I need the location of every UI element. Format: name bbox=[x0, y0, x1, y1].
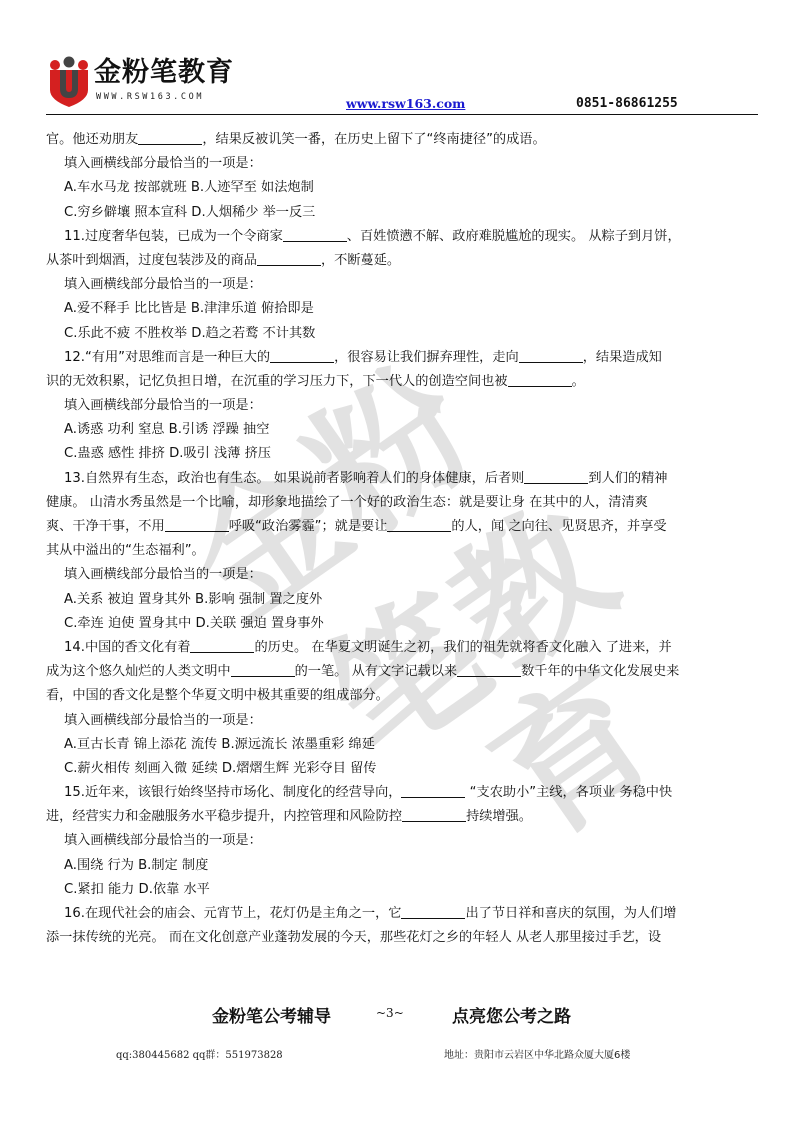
text-line: 官。他还劝朋友，结果反被讥笑一番，在历史上留下了“终南捷径”的成语。 bbox=[46, 128, 746, 152]
logo-icon bbox=[48, 56, 90, 108]
text-segment: 12.“有用”对思维而言是一种巨大的 bbox=[64, 350, 270, 365]
text-segment: 看，中国的香文化是整个华夏文明中极其重要的组成部分。 bbox=[46, 688, 389, 703]
fill-in-blank bbox=[401, 783, 465, 798]
text-line: 看，中国的香文化是整个华夏文明中极其重要的组成部分。 bbox=[46, 684, 746, 708]
text-line: 成为这个悠久灿烂的人类文明中的一笔。 从有文字记载以来数千年的中华文化发展史来 bbox=[46, 660, 746, 684]
fill-in-blank bbox=[401, 904, 465, 919]
fill-in-blank bbox=[402, 807, 466, 822]
text-segment: A.爱不释手 比比皆是 B.津津乐道 俯拾即是 bbox=[64, 301, 314, 316]
text-segment: 填入画横线部分最恰当的一项是： bbox=[64, 156, 262, 171]
page-header: 金粉笔教育 WWW.RSW163.COM www.rsw163.com 0851… bbox=[46, 50, 758, 116]
text-segment: 。 bbox=[572, 374, 585, 389]
logo-title: 金粉笔教育 bbox=[94, 58, 234, 88]
text-line: 添一抹传统的光亮。 而在文化创意产业蓬勃发展的今天，那些花灯之乡的年轻人 从老人… bbox=[46, 926, 746, 950]
text-line: 14.中国的香文化有着的历史。 在华夏文明诞生之初，我们的祖先就将香文化融入 了… bbox=[46, 636, 746, 660]
text-line: A.亘古长青 锦上添花 流传 B.源远流长 浓墨重彩 绵延 bbox=[46, 733, 746, 757]
text-line: C.穷乡僻壤 照本宣科 D.人烟稀少 举一反三 bbox=[46, 201, 746, 225]
text-segment: C.蛊惑 感性 排挤 D.吸引 浅薄 挤压 bbox=[64, 446, 271, 461]
text-segment: 16.在现代社会的庙会、元宵节上，花灯仍是主角之一，它 bbox=[64, 906, 401, 921]
fill-in-blank bbox=[524, 469, 588, 484]
text-line: 13.自然界有生态，政治也有生态。 如果说前者影响着人们的身体健康，后者则到人们… bbox=[46, 467, 746, 491]
text-segment: C.乐此不疲 不胜枚举 D.趋之若鹜 不计其数 bbox=[64, 326, 315, 341]
text-segment: 13.自然界有生态，政治也有生态。 如果说前者影响着人们的身体健康，后者则 bbox=[64, 471, 524, 486]
text-segment: 11.过度奢华包装，已成为一个令商家 bbox=[64, 229, 283, 244]
text-line: 其从中溢出的“生态福利”。 bbox=[46, 539, 746, 563]
text-segment: 健康。 山清水秀虽然是一个比喻，却形象地描绘了一个好的政治生态：就是要让身 在其… bbox=[46, 495, 648, 510]
text-segment: 14.中国的香文化有着 bbox=[64, 640, 190, 655]
text-segment: “支农助小”主线，各项业 务稳中快 bbox=[465, 785, 672, 800]
text-segment: 数千年的中华文化发展史来 bbox=[521, 664, 679, 679]
text-line: 填入画横线部分最恰当的一项是： bbox=[46, 563, 746, 587]
text-line: C.紧扣 能力 D.依靠 水平 bbox=[46, 878, 746, 902]
text-line: C.乐此不疲 不胜枚举 D.趋之若鹜 不计其数 bbox=[46, 322, 746, 346]
fill-in-blank bbox=[257, 251, 321, 266]
document-body: 官。他还劝朋友，结果反被讥笑一番，在历史上留下了“终南捷径”的成语。填入画横线部… bbox=[46, 128, 746, 950]
fill-in-blank bbox=[508, 372, 572, 387]
logo: 金粉笔教育 WWW.RSW163.COM bbox=[48, 52, 248, 112]
footer-title: 金粉笔公考辅导 ~3~ 点亮您公考之路 bbox=[0, 1000, 793, 1030]
text-line: 爽、干净干事，不用呼吸“政治雾霾”；就是要让的人，闻 之向往、见贤思齐，并享受 bbox=[46, 515, 746, 539]
phone-number: 0851-86861255 bbox=[576, 96, 678, 111]
text-segment: 的人，闻 之向往、见贤思齐，并享受 bbox=[451, 519, 666, 534]
text-segment: 到人们的精神 bbox=[588, 471, 667, 486]
text-line: 填入画横线部分最恰当的一项是： bbox=[46, 709, 746, 733]
text-segment: C.薪火相传 刻画入微 延续 D.熠熠生辉 光彩夺目 留传 bbox=[64, 761, 376, 776]
footer-qq: qq:380445682 qq群：551973828 bbox=[116, 1046, 283, 1061]
text-segment: ，不断蔓延。 bbox=[321, 253, 400, 268]
text-line: 11.过度奢华包装，已成为一个令商家、百姓愤懑不解、政府难脱尴尬的现实。 从粽子… bbox=[46, 225, 746, 249]
text-segment: 填入画横线部分最恰当的一项是： bbox=[64, 277, 262, 292]
footer-info: qq:380445682 qq群：551973828 地址：贵阳市云岩区中华北路… bbox=[0, 1046, 793, 1062]
text-line: 进，经营实力和金融服务水平稳步提升，内控管理和风险防控持续增强。 bbox=[46, 805, 746, 829]
text-segment: 从茶叶到烟酒，过度包装涉及的商品 bbox=[46, 253, 257, 268]
text-segment: 填入画横线部分最恰当的一项是： bbox=[64, 567, 262, 582]
text-segment: 其从中溢出的“生态福利”。 bbox=[46, 543, 205, 558]
text-line: A.爱不释手 比比皆是 B.津津乐道 俯拾即是 bbox=[46, 297, 746, 321]
text-line: C.蛊惑 感性 排挤 D.吸引 浅薄 挤压 bbox=[46, 442, 746, 466]
text-segment: A.诱惑 功利 窒息 B.引诱 浮躁 抽空 bbox=[64, 422, 269, 437]
text-line: 识的无效积累，记忆负担日增，在沉重的学习压力下，下一代人的创造空间也被。 bbox=[46, 370, 746, 394]
text-line: A.车水马龙 按部就班 B.人迹罕至 如法炮制 bbox=[46, 176, 746, 200]
fill-in-blank bbox=[138, 130, 202, 145]
text-line: 填入画横线部分最恰当的一项是： bbox=[46, 394, 746, 418]
text-segment: ，很容易让我们摒弃理性，走向 bbox=[334, 350, 519, 365]
page-number: ~3~ bbox=[376, 1006, 404, 1020]
text-segment: C.紧扣 能力 D.依靠 水平 bbox=[64, 882, 210, 897]
text-segment: 持续增强。 bbox=[466, 809, 532, 824]
fill-in-blank bbox=[519, 348, 583, 363]
text-line: 填入画横线部分最恰当的一项是： bbox=[46, 829, 746, 853]
text-line: 填入画横线部分最恰当的一项是： bbox=[46, 152, 746, 176]
text-segment: C.穷乡僻壤 照本宣科 D.人烟稀少 举一反三 bbox=[64, 205, 315, 220]
text-segment: 识的无效积累，记忆负担日增，在沉重的学习压力下，下一代人的创造空间也被 bbox=[46, 374, 508, 389]
text-line: 16.在现代社会的庙会、元宵节上，花灯仍是主角之一，它出了节日祥和喜庆的氛围，为… bbox=[46, 902, 746, 926]
text-line: 12.“有用”对思维而言是一种巨大的，很容易让我们摒弃理性，走向，结果造成知 bbox=[46, 346, 746, 370]
text-line: A.关系 被迫 置身其外 B.影响 强制 置之度外 bbox=[46, 588, 746, 612]
footer-address: 地址：贵阳市云岩区中华北路众厦大厦6楼 bbox=[444, 1046, 630, 1061]
text-segment: 出了节日祥和喜庆的氛围，为人们增 bbox=[465, 906, 676, 921]
text-line: A.围绕 行为 B.制定 制度 bbox=[46, 854, 746, 878]
fill-in-blank bbox=[190, 638, 254, 653]
text-line: 15.近年来，该银行始终坚持市场化、制度化的经营导向， “支农助小”主线，各项业… bbox=[46, 781, 746, 805]
footer-right-title: 点亮您公考之路 bbox=[452, 1002, 571, 1027]
header-divider bbox=[46, 114, 758, 115]
fill-in-blank bbox=[457, 662, 521, 677]
text-segment: A.围绕 行为 B.制定 制度 bbox=[64, 858, 208, 873]
text-segment: 15.近年来，该银行始终坚持市场化、制度化的经营导向， bbox=[64, 785, 401, 800]
text-line: 从茶叶到烟酒，过度包装涉及的商品，不断蔓延。 bbox=[46, 249, 746, 273]
text-line: 健康。 山清水秀虽然是一个比喻，却形象地描绘了一个好的政治生态：就是要让身 在其… bbox=[46, 491, 746, 515]
fill-in-blank bbox=[270, 348, 334, 363]
text-segment: ，结果造成知 bbox=[583, 350, 662, 365]
logo-subtitle: WWW.RSW163.COM bbox=[96, 92, 204, 102]
text-line: C.牵连 迫使 置身其中 D.关联 强迫 置身事外 bbox=[46, 612, 746, 636]
text-segment: 成为这个悠久灿烂的人类文明中 bbox=[46, 664, 231, 679]
text-segment: ，结果反被讥笑一番，在历史上留下了“终南捷径”的成语。 bbox=[202, 132, 545, 147]
fill-in-blank bbox=[283, 227, 347, 242]
text-segment: A.车水马龙 按部就班 B.人迹罕至 如法炮制 bbox=[64, 180, 314, 195]
fill-in-blank bbox=[387, 517, 451, 532]
footer-left-title: 金粉笔公考辅导 bbox=[212, 1002, 331, 1027]
text-line: 填入画横线部分最恰当的一项是： bbox=[46, 273, 746, 297]
text-segment: 的历史。 在华夏文明诞生之初，我们的祖先就将香文化融入 了进来，并 bbox=[254, 640, 671, 655]
text-segment: 填入画横线部分最恰当的一项是： bbox=[64, 713, 262, 728]
text-segment: 填入画横线部分最恰当的一项是： bbox=[64, 398, 262, 413]
fill-in-blank bbox=[231, 662, 295, 677]
text-line: A.诱惑 功利 窒息 B.引诱 浮躁 抽空 bbox=[46, 418, 746, 442]
text-segment: 添一抹传统的光亮。 而在文化创意产业蓬勃发展的今天，那些花灯之乡的年轻人 从老人… bbox=[46, 930, 661, 945]
text-segment: 、百姓愤懑不解、政府难脱尴尬的现实。 从粽子到月饼， bbox=[347, 229, 681, 244]
text-segment: 爽、干净干事，不用 bbox=[46, 519, 165, 534]
text-segment: C.牵连 迫使 置身其中 D.关联 强迫 置身事外 bbox=[64, 616, 324, 631]
text-segment: 的一笔。 从有文字记载以来 bbox=[295, 664, 457, 679]
text-segment: A.亘古长青 锦上添花 流传 B.源远流长 浓墨重彩 绵延 bbox=[64, 737, 375, 752]
text-segment: A.关系 被迫 置身其外 B.影响 强制 置之度外 bbox=[64, 592, 322, 607]
fill-in-blank bbox=[165, 517, 229, 532]
website-link[interactable]: www.rsw163.com bbox=[346, 96, 465, 111]
text-segment: 填入画横线部分最恰当的一项是： bbox=[64, 833, 262, 848]
text-segment: 进，经营实力和金融服务水平稳步提升，内控管理和风险防控 bbox=[46, 809, 402, 824]
text-segment: 呼吸“政治雾霾”；就是要让 bbox=[229, 519, 388, 534]
text-segment: 官。他还劝朋友 bbox=[46, 132, 138, 147]
text-line: C.薪火相传 刻画入微 延续 D.熠熠生辉 光彩夺目 留传 bbox=[46, 757, 746, 781]
